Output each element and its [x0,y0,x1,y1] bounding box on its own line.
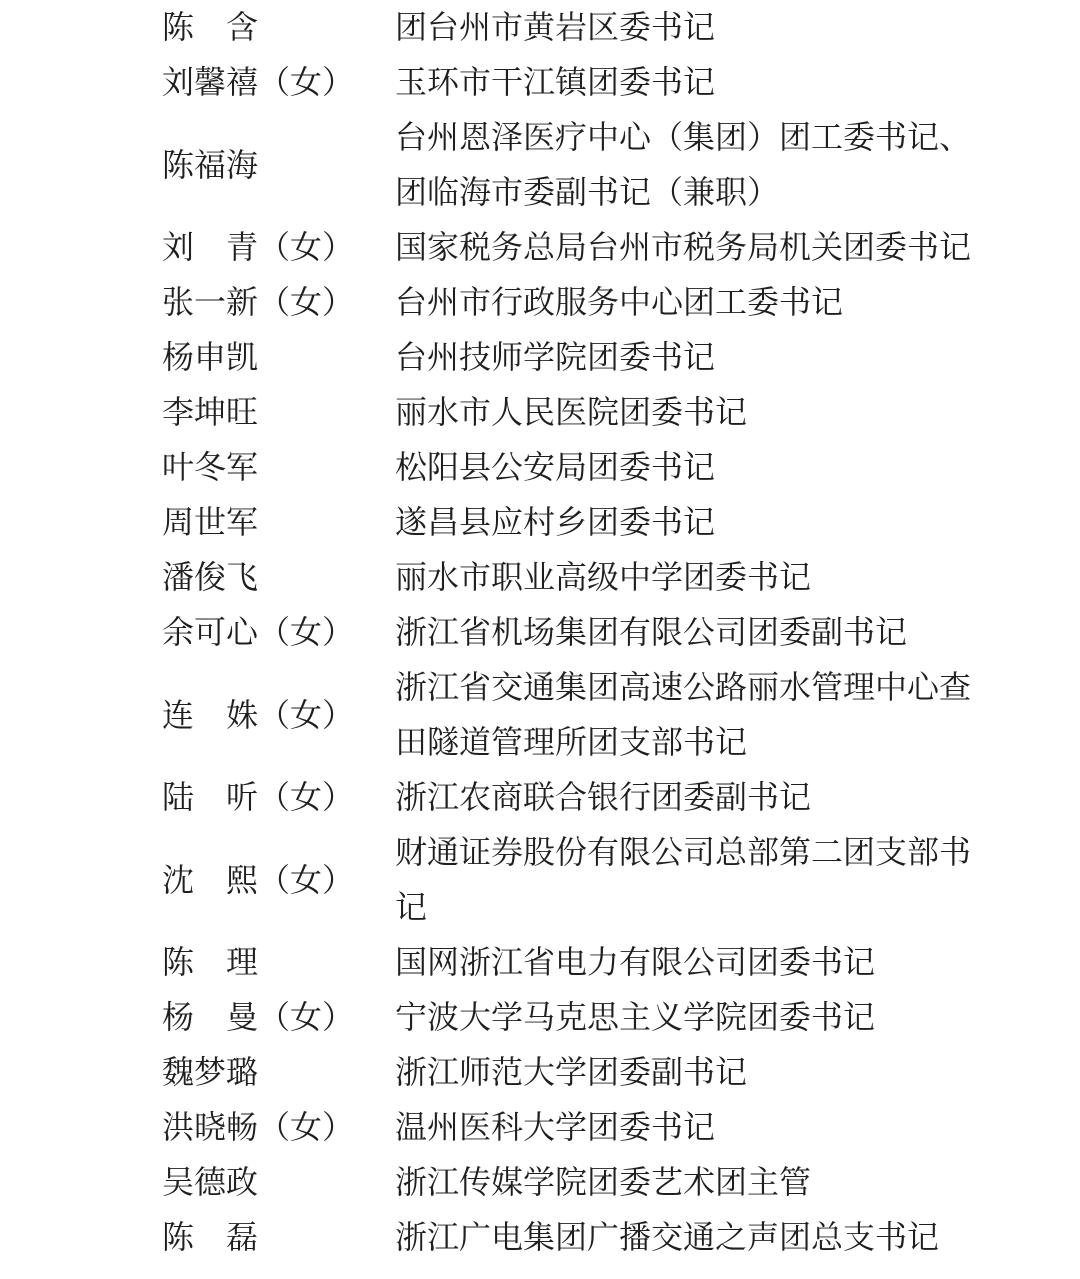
person-name: 刘 青（女） [162,220,395,275]
person-name: 潘俊飞 [162,550,395,605]
roster-row: 吴德政 浙江传媒学院团委艺术团主管 [162,1155,1080,1210]
person-name: 魏梦璐 [162,1045,395,1100]
person-name: 张一新（女） [162,275,395,330]
roster-row: 余可心（女） 浙江省机场集团有限公司团委副书记 [162,605,1080,660]
person-title: 台州恩泽医疗中心（集团）团工委书记、团临海市委副书记（兼职） [395,110,975,220]
roster-row: 张一新（女） 台州市行政服务中心团工委书记 [162,275,1080,330]
document-page: 陈 含 团台州市黄岩区委书记 刘馨禧（女） 玉环市干江镇团委书记 陈福海 台州恩… [0,0,1080,1279]
person-title: 丽水市职业高级中学团委书记 [395,550,975,605]
roster-row: 洪晓畅（女） 温州医科大学团委书记 [162,1100,1080,1155]
roster-row: 叶冬军 松阳县公安局团委书记 [162,440,1080,495]
person-title: 台州市行政服务中心团工委书记 [395,275,975,330]
roster-row: 魏梦璐 浙江师范大学团委副书记 [162,1045,1080,1100]
person-title: 台州技师学院团委书记 [395,330,975,385]
roster-row: 潘俊飞 丽水市职业高级中学团委书记 [162,550,1080,605]
person-title: 浙江农商联合银行团委副书记 [395,770,975,825]
person-title: 国家税务总局台州市税务局机关团委书记 [395,220,975,275]
person-name: 沈 熙（女） [162,853,395,908]
roster-row: 连 姝（女） 浙江省交通集团高速公路丽水管理中心查田隧道管理所团支部书记 [162,660,1080,770]
person-title: 团台州市黄岩区委书记 [395,0,975,55]
person-name: 陈 含 [162,0,395,55]
roster-row: 杨 曼（女） 宁波大学马克思主义学院团委书记 [162,990,1080,1045]
person-title: 国网浙江省电力有限公司团委书记 [395,935,975,990]
roster-row: 刘 青（女） 国家税务总局台州市税务局机关团委书记 [162,220,1080,275]
roster-row: 陈 含 团台州市黄岩区委书记 [162,0,1080,55]
person-name: 周世军 [162,495,395,550]
person-name: 陈 理 [162,935,395,990]
roster-row: 陈 磊 浙江广电集团广播交通之声团总支书记 [162,1210,1080,1265]
person-title: 遂昌县应村乡团委书记 [395,495,975,550]
person-name: 陆 听（女） [162,770,395,825]
person-title: 温州医科大学团委书记 [395,1100,975,1155]
person-name: 洪晓畅（女） [162,1100,395,1155]
roster-row: 陆 听（女） 浙江农商联合银行团委副书记 [162,770,1080,825]
roster-row: 李坤旺 丽水市人民医院团委书记 [162,385,1080,440]
roster-row: 沈 熙（女） 财通证券股份有限公司总部第二团支部书记 [162,825,1080,935]
person-name: 陈福海 [162,138,395,193]
person-name: 杨 曼（女） [162,990,395,1045]
person-title: 浙江省机场集团有限公司团委副书记 [395,605,975,660]
person-title: 财通证券股份有限公司总部第二团支部书记 [395,825,975,935]
person-name: 吴德政 [162,1155,395,1210]
person-title: 宁波大学马克思主义学院团委书记 [395,990,975,1045]
person-name: 刘馨禧（女） [162,55,395,110]
person-name: 陈 磊 [162,1210,395,1265]
person-title: 浙江省交通集团高速公路丽水管理中心查田隧道管理所团支部书记 [395,660,975,770]
person-name: 余可心（女） [162,605,395,660]
person-title: 松阳县公安局团委书记 [395,440,975,495]
person-name: 杨申凯 [162,330,395,385]
roster-row: 刘馨禧（女） 玉环市干江镇团委书记 [162,55,1080,110]
roster-row: 陈 理 国网浙江省电力有限公司团委书记 [162,935,1080,990]
person-title: 玉环市干江镇团委书记 [395,55,975,110]
person-title: 浙江传媒学院团委艺术团主管 [395,1155,975,1210]
roster-row: 陈福海 台州恩泽医疗中心（集团）团工委书记、团临海市委副书记（兼职） [162,110,1080,220]
person-name: 连 姝（女） [162,688,395,743]
person-title: 浙江广电集团广播交通之声团总支书记 [395,1210,975,1265]
roster-row: 杨申凯 台州技师学院团委书记 [162,330,1080,385]
person-title: 浙江师范大学团委副书记 [395,1045,975,1100]
person-title: 丽水市人民医院团委书记 [395,385,975,440]
person-name: 叶冬军 [162,440,395,495]
person-name: 李坤旺 [162,385,395,440]
roster-row: 周世军 遂昌县应村乡团委书记 [162,495,1080,550]
